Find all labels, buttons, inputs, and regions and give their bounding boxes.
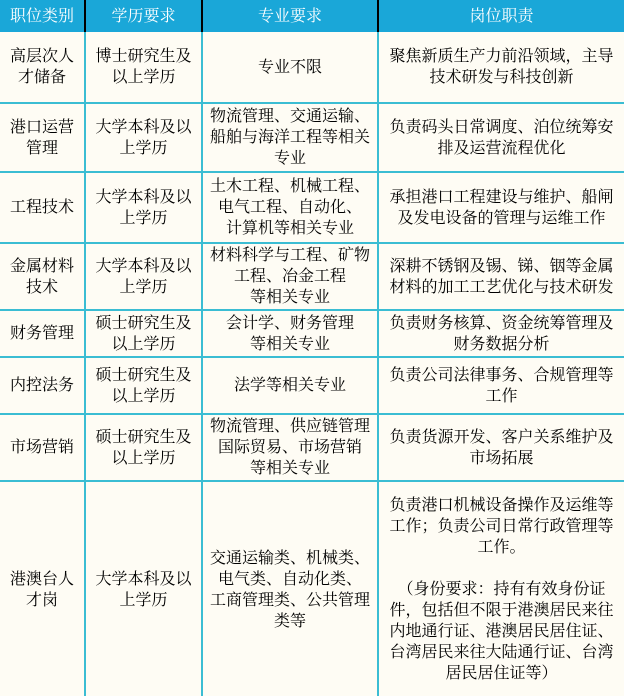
header-major-requirement: 专业要求 xyxy=(202,0,378,32)
cell-major: 法学等相关专业 xyxy=(202,357,378,414)
cell-category: 港澳台人 才岗 xyxy=(0,481,85,696)
cell-major: 交通运输类、机械类、 电气类、自动化类、 工商管理类、公共管理 类等 xyxy=(202,481,378,696)
job-table: 职位类别 学历要求 专业要求 岗位职责 高层次人 才储备 博士研究生及 以上学历… xyxy=(0,0,624,696)
cell-education: 大学本科及以 上学历 xyxy=(85,172,202,243)
cell-duties: 负责货源开发、客户关系维护及 市场拓展 xyxy=(378,414,624,481)
cell-category: 工程技术 xyxy=(0,172,85,243)
cell-duties: 承担港口工程建设与维护、船闸 及发电设备的管理与运维工作 xyxy=(378,172,624,243)
cell-major: 专业不限 xyxy=(202,32,378,103)
cell-major: 材料科学与工程、矿物 工程、冶金工程 等相关专业 xyxy=(202,243,378,310)
cell-category: 港口运营 管理 xyxy=(0,103,85,172)
cell-major: 物流管理、供应链管理 国际贸易、市场营销 等相关专业 xyxy=(202,414,378,481)
table-row: 内控法务 硕士研究生及 以上学历 法学等相关专业 负责公司法律事务、合规管理等 … xyxy=(0,357,624,414)
cell-category: 财务管理 xyxy=(0,310,85,357)
cell-major: 物流管理、交通运输、 船舶与海洋工程等相关 专业 xyxy=(202,103,378,172)
table-row: 市场营销 硕士研究生及 以上学历 物流管理、供应链管理 国际贸易、市场营销 等相… xyxy=(0,414,624,481)
table-row: 港口运营 管理 大学本科及以 上学历 物流管理、交通运输、 船舶与海洋工程等相关… xyxy=(0,103,624,172)
header-position-category: 职位类别 xyxy=(0,0,85,32)
cell-education: 硕士研究生及 以上学历 xyxy=(85,310,202,357)
cell-duties: 聚焦新质生产力前沿领域，主导 技术研发与科技创新 xyxy=(378,32,624,103)
cell-duties: 负责公司法律事务、合规管理等 工作 xyxy=(378,357,624,414)
cell-duties: 深耕不锈钢及锡、锑、铟等金属 材料的加工工艺优化与技术研发 xyxy=(378,243,624,310)
recruitment-table-page: 职位类别 学历要求 专业要求 岗位职责 高层次人 才储备 博士研究生及 以上学历… xyxy=(0,0,624,696)
cell-duties: 负责港口机械设备操作及运维等 工作；负责公司日常行政管理等 工作。 （身份要求：… xyxy=(378,481,624,696)
cell-category: 高层次人 才储备 xyxy=(0,32,85,103)
header-job-duties: 岗位职责 xyxy=(378,0,624,32)
header-row: 职位类别 学历要求 专业要求 岗位职责 xyxy=(0,0,624,32)
cell-education: 硕士研究生及 以上学历 xyxy=(85,357,202,414)
header-education-requirement: 学历要求 xyxy=(85,0,202,32)
cell-duties: 负责码头日常调度、泊位统筹安 排及运营流程优化 xyxy=(378,103,624,172)
cell-category: 市场营销 xyxy=(0,414,85,481)
table-row: 金属材料 技术 大学本科及以 上学历 材料科学与工程、矿物 工程、冶金工程 等相… xyxy=(0,243,624,310)
cell-education: 大学本科及以 上学历 xyxy=(85,481,202,696)
cell-category: 金属材料 技术 xyxy=(0,243,85,310)
table-row: 工程技术 大学本科及以 上学历 土木工程、机械工程、 电气工程、自动化、 计算机… xyxy=(0,172,624,243)
cell-education: 硕士研究生及 以上学历 xyxy=(85,414,202,481)
table-row: 高层次人 才储备 博士研究生及 以上学历 专业不限 聚焦新质生产力前沿领域，主导… xyxy=(0,32,624,103)
table-row: 港澳台人 才岗 大学本科及以 上学历 交通运输类、机械类、 电气类、自动化类、 … xyxy=(0,481,624,696)
cell-category: 内控法务 xyxy=(0,357,85,414)
cell-duties: 负责财务核算、资金统筹管理及 财务数据分析 xyxy=(378,310,624,357)
cell-major: 土木工程、机械工程、 电气工程、自动化、 计算机等相关专业 xyxy=(202,172,378,243)
cell-major: 会计学、财务管理 等相关专业 xyxy=(202,310,378,357)
cell-education: 大学本科及以 上学历 xyxy=(85,243,202,310)
cell-education: 大学本科及以 上学历 xyxy=(85,103,202,172)
table-row: 财务管理 硕士研究生及 以上学历 会计学、财务管理 等相关专业 负责财务核算、资… xyxy=(0,310,624,357)
cell-education: 博士研究生及 以上学历 xyxy=(85,32,202,103)
